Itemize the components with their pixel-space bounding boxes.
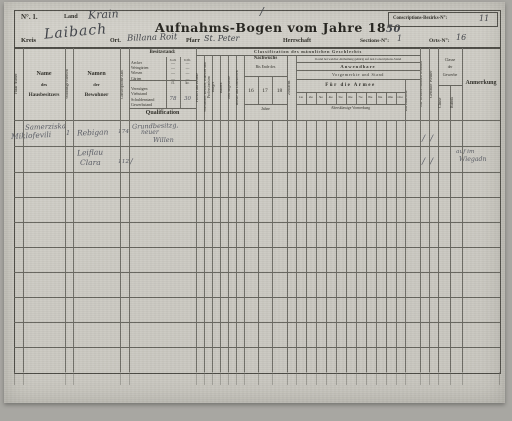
row-divider (14, 272, 500, 273)
row-divider (14, 247, 500, 248)
gewerbe-sub-column: Rubrik (450, 85, 462, 120)
grid-line-extension (258, 372, 259, 385)
row2-bewohner-line1: Leiflau (77, 148, 103, 158)
grid-line (326, 120, 327, 372)
grid-line-extension (14, 372, 15, 385)
getraute-weiber-column: Getraute Weiber (429, 49, 438, 119)
grid-line (346, 120, 347, 372)
armee-class-col: 2te (306, 95, 316, 99)
scanned-document: N°. 1. Land Krain ∕ Aufnahms-Bogen vom J… (0, 0, 512, 421)
grid-line (204, 120, 205, 372)
category-column-label: Inleute und Dienstboten (236, 55, 244, 120)
armee-class-col: 8te (365, 95, 375, 99)
grid-line-extension (366, 372, 367, 385)
grid-line-extension (272, 372, 273, 385)
grid-line-extension (316, 372, 317, 385)
armee-class-col: 7te (355, 95, 365, 99)
grid-line (23, 48, 24, 120)
land-row-dash: — (180, 71, 195, 75)
gewerbe-title-line1: Classe (445, 57, 455, 62)
anmerkung-header: Anmerkung (462, 48, 500, 118)
grid-line-extension (204, 372, 205, 385)
armee-class-col: 5te (336, 95, 346, 99)
grid-line (244, 104, 287, 105)
grid-line-extension (306, 372, 307, 385)
hausbesitzer-line1: Name (37, 71, 52, 77)
column-header-haus-numer: Haus-Numer (14, 50, 23, 118)
row2-anmerkung-line2: Wiegadn (459, 156, 487, 163)
grid-line (244, 76, 287, 77)
grid-line-extension (429, 372, 430, 385)
money-row-label: Viehstand (131, 91, 147, 96)
grid-line-extension (196, 372, 197, 385)
money-unit-fl: fl. (166, 81, 180, 85)
grid-line-extension (236, 372, 237, 385)
grid-line-extension (438, 372, 439, 385)
armee-class-col: 3te (316, 95, 326, 99)
grid-line (429, 120, 430, 372)
row-divider (14, 146, 500, 147)
column-header-wohnparteien: Wohnungs-Parteien (65, 50, 73, 118)
money-row-label: Schuldenstand (131, 97, 154, 102)
grid-line (438, 120, 439, 372)
grid-line (450, 120, 451, 372)
grid-line-extension (326, 372, 327, 385)
grid-line-extension (405, 372, 406, 385)
bewohner-line2: der (93, 82, 100, 87)
category-column-label: Neu Angestellte (228, 55, 236, 120)
armee-class-col: 6te (346, 95, 356, 99)
grid-line (258, 120, 259, 372)
row-divider (14, 222, 500, 223)
money-row-label: Gewerbstand (131, 102, 152, 107)
row2-mark-a: ∕ (422, 157, 425, 167)
hausbesitzer-line2: des (41, 82, 47, 87)
grid-line (462, 48, 463, 120)
grid-line-extension (450, 372, 451, 385)
grid-line-extension (120, 372, 121, 385)
category-column-label: Priester und Beamte (196, 55, 204, 120)
nachwuchs-unit: Jahre (244, 106, 287, 111)
nachwuchs-title: Nachwuchs (244, 56, 287, 61)
row2-bewohner-line2: Clara (80, 158, 101, 167)
grid-line-extension (296, 372, 297, 385)
gewerbe-title-line3: Gewerbe (443, 72, 457, 77)
land-row-dash: — (166, 71, 180, 75)
armee-class-col: 11te (395, 95, 405, 99)
zuwachs-column: Zuwachs (287, 55, 296, 120)
money-row-kr: 30 (180, 96, 195, 102)
grid-line-extension (228, 372, 229, 385)
hausbesitzer-line3: Hausbesitzers (29, 92, 60, 98)
grid-line (129, 108, 196, 109)
row-divider (14, 172, 500, 173)
conscription-table: Haus-Numer Name des Hausbesitzers Wohnun… (0, 0, 512, 421)
classification-banner: Classification des männlichen Geschlecht… (196, 49, 420, 54)
grid-line (296, 120, 297, 372)
row-divider (14, 322, 500, 323)
grid-line (462, 120, 463, 372)
armee-class-col: 1te (296, 95, 306, 99)
bewohner-line1: Namen (87, 71, 105, 77)
grid-line-extension (220, 372, 221, 385)
land-row-label: Aecker (131, 61, 142, 65)
gruende-column: Auf welchen Gründen wohnend (420, 49, 429, 119)
row1-mark-a: ∕ (422, 134, 425, 144)
grid-line (296, 104, 405, 105)
gewerbe-title-line2: der (448, 65, 453, 69)
grid-line (316, 120, 317, 372)
nachwuchs-age-col: 17 (258, 88, 272, 94)
grid-line-extension (65, 372, 66, 385)
land-row-dash: — (180, 61, 195, 65)
grid-line (405, 80, 406, 120)
grid-line (336, 120, 337, 372)
column-header-hausbesitzer: Name des Hausbesitzers (23, 50, 65, 118)
nachwuchs-sub: Bis Ende des (244, 65, 287, 69)
grid-line (129, 120, 130, 372)
category-column-label: Bauern (220, 55, 228, 120)
grid-line (120, 48, 121, 120)
grid-line-extension (23, 372, 24, 385)
grid-line-extension (420, 372, 421, 385)
grid-line (65, 48, 66, 120)
grid-line (228, 120, 229, 372)
grid-line (396, 120, 397, 372)
grid-line (366, 120, 367, 372)
grid-line (73, 48, 74, 120)
money-unit-kr: kr. (180, 81, 195, 85)
row1-partei-mark: 1 (66, 129, 70, 137)
grid-line (287, 55, 288, 120)
grid-line (296, 92, 405, 93)
land-row-dash: — (180, 77, 195, 81)
land-row-label: Weingärten (131, 66, 148, 70)
money-row-label: Vermögen (131, 86, 147, 91)
land-row-dash: — (166, 77, 180, 81)
grid-line-extension (129, 372, 130, 385)
grid-line (420, 48, 421, 120)
anwendbare-header: Anwendbare (296, 64, 420, 69)
armee-class-col: 9te (375, 95, 385, 99)
grid-line-extension (346, 372, 347, 385)
grid-line (65, 120, 66, 372)
grid-line (306, 120, 307, 372)
armee-footer: Altersklassige Vormerkung (296, 106, 405, 110)
grid-line-extension (73, 372, 74, 385)
grid-line (287, 120, 288, 372)
category-column-label: Wirtschafts-Besitzer, Künstler und Profe… (204, 55, 212, 120)
grid-line (220, 120, 221, 372)
bewohner-line3: Bewohner (85, 92, 109, 98)
column-header-conscriptions-zahl: Conscriptions-Zahl (120, 50, 129, 118)
grid-line (196, 120, 197, 372)
grid-line (386, 120, 387, 372)
grid-line (356, 120, 357, 372)
landwehr-column: Zur Landwehr (405, 81, 420, 120)
grid-line-extension (499, 372, 500, 385)
grid-line (244, 120, 245, 372)
row1-qualification-line3: Willen (153, 136, 174, 144)
money-row-fl: 78 (166, 96, 180, 102)
gewerbe-sub-column: Classe (438, 85, 450, 120)
grid-line (296, 55, 297, 120)
row1-bewohner: Rebigan (77, 127, 109, 137)
grid-line-extension (212, 372, 213, 385)
row-divider (14, 197, 500, 198)
grid-line-extension (386, 372, 387, 385)
grid-line (73, 120, 74, 372)
gewerbe-title: Classe der Gewerbe (438, 50, 462, 83)
grid-line (23, 120, 24, 372)
grid-line (429, 48, 430, 120)
row1-mark-b: ∕ (430, 134, 433, 144)
grid-line (405, 120, 406, 372)
nachwuchs-age-col: 18 (272, 88, 287, 94)
grid-line (236, 120, 237, 372)
row-divider (14, 347, 500, 348)
grid-line (212, 120, 213, 372)
qualification-header: Qualification (129, 110, 196, 116)
grid-line (120, 120, 121, 372)
row2-anmerkung-line1: auf im (456, 149, 475, 155)
grid-line (129, 48, 130, 120)
grid-line (296, 79, 420, 80)
besitzstand-title: Besitzstand: (129, 50, 196, 55)
grid-line-extension (396, 372, 397, 385)
land-row-dash: — (166, 66, 180, 70)
row2-tick-mark: ∕ (130, 157, 133, 166)
abtheilung-line: In und bei welcher Abtheilung gehörig au… (297, 57, 419, 61)
grid-line (376, 120, 377, 372)
grid-line (420, 120, 421, 372)
grid-line (296, 62, 420, 63)
land-row-dash: — (180, 66, 195, 70)
grid-line-extension (244, 372, 245, 385)
grid-line-extension (462, 372, 463, 385)
grid-line-extension (356, 372, 357, 385)
armee-class-col: 10te (385, 95, 395, 99)
grid-line (272, 120, 273, 372)
nachwuchs-age-col: 16 (244, 88, 258, 94)
vorgemerkte-header: Vorgemerkte und Stand (296, 72, 420, 77)
land-row-dash: — (166, 61, 180, 65)
grid-line-extension (376, 372, 377, 385)
grid-line (296, 70, 420, 71)
grid-line-extension (336, 372, 337, 385)
column-header-bewohner: Namen der Bewohner (73, 50, 120, 118)
land-row-label: Gärten (131, 77, 141, 81)
land-row-label: Wiesen (131, 71, 142, 75)
armee-class-col: 4te (326, 95, 336, 99)
grid-line (14, 120, 500, 121)
row2-mark-b: ∕ (430, 157, 433, 167)
grid-line-extension (287, 372, 288, 385)
category-column-label: Bürger (212, 55, 220, 120)
row-divider (14, 297, 500, 298)
armee-title: Für die Armee (296, 83, 405, 88)
